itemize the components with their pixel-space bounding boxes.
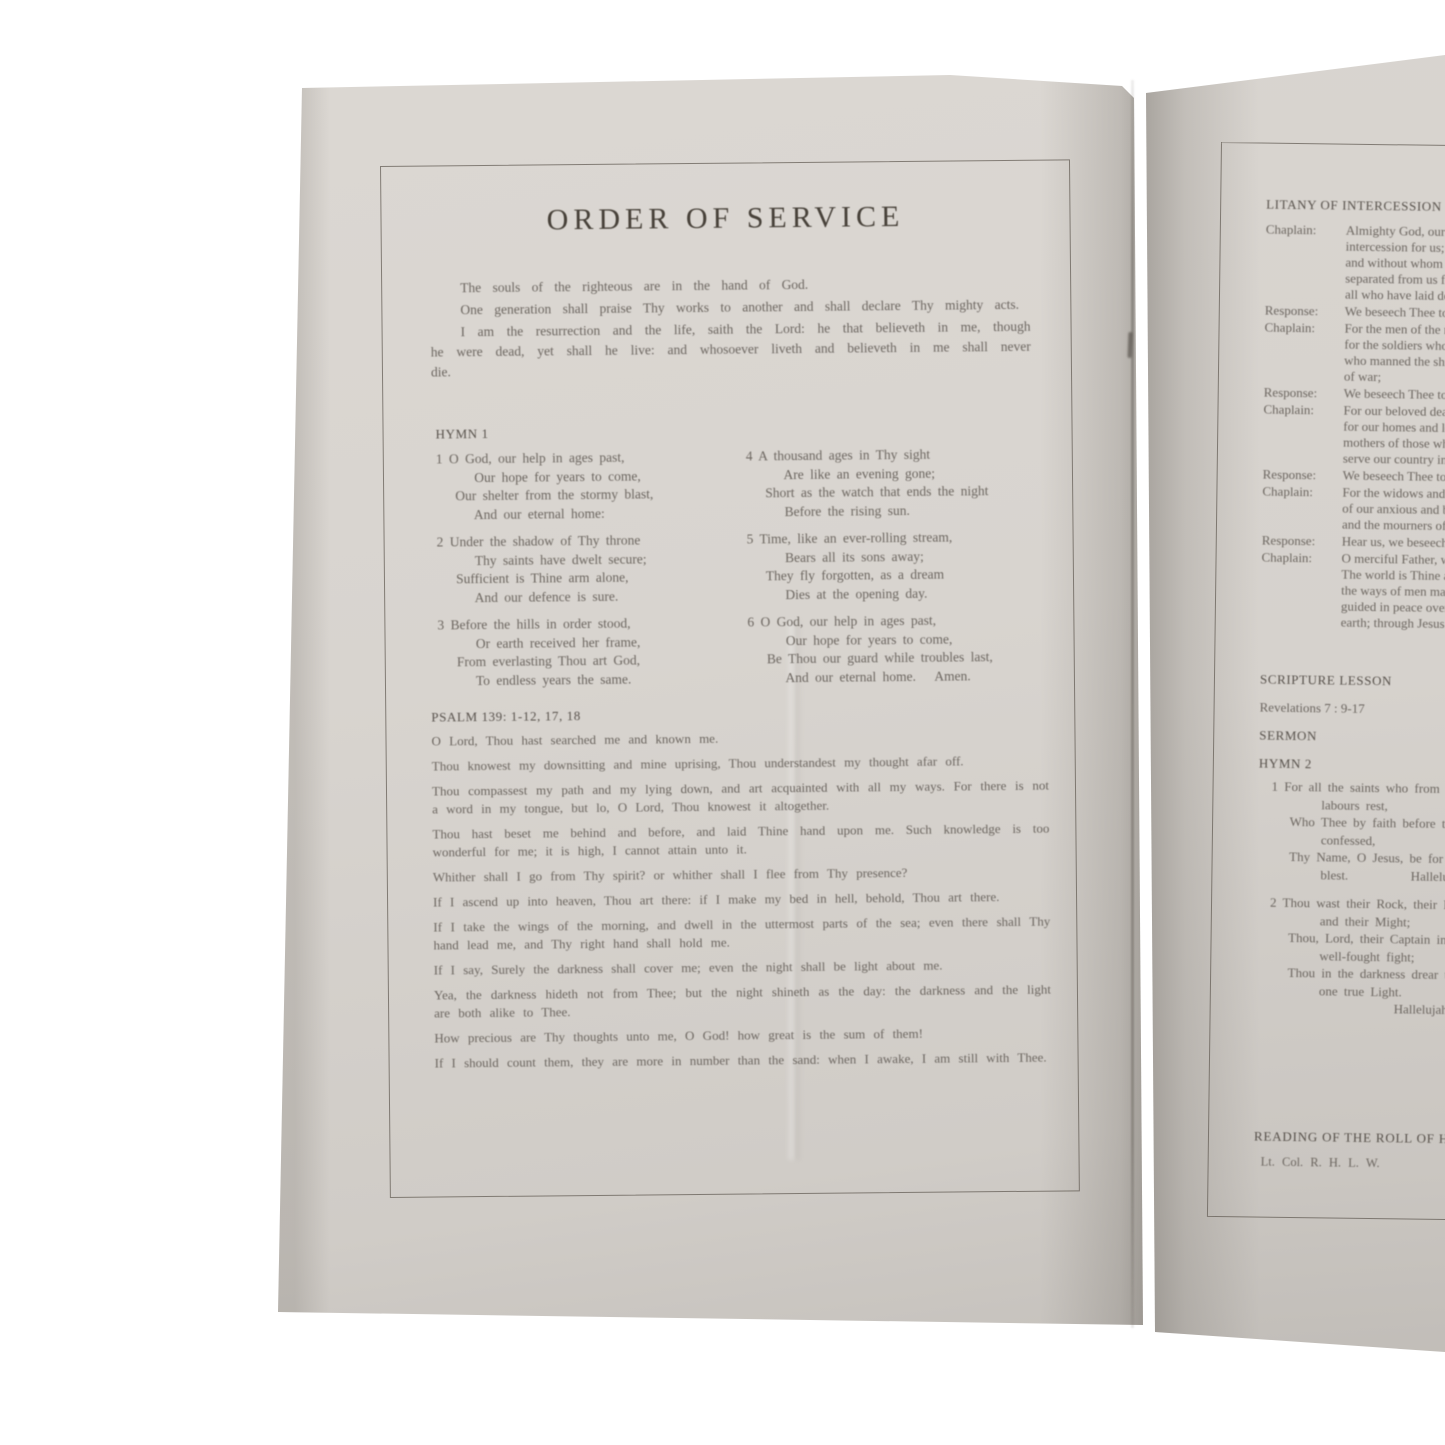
hymn-verse: 6 O God, our help in ages past, Our hope… [747, 611, 1044, 688]
sermon-heading: SERMON [1259, 728, 1317, 745]
booklet-photo: ORDER OF SERVICE The souls of the righte… [0, 0, 1445, 1445]
left-page-frame: ORDER OF SERVICE The souls of the righte… [380, 159, 1080, 1198]
reading-byline: Lt. Col. R. H. L. W. [1261, 1155, 1380, 1172]
right-page-frame: LITANY OF INTERCESSION Chaplain: Almight… [1207, 142, 1445, 1223]
litany-rows: Chaplain: Almighty God, our Heavenly Fat… [1261, 222, 1445, 639]
hymn-verse: 5 Time, like an ever-rolling stream, Bea… [747, 528, 1044, 605]
litany-role-label: Response: [1262, 533, 1342, 550]
psalm-paragraph: If I take the wings of the morning, and … [433, 913, 1050, 955]
hymn-verse: 1 O God, our help in ages past, Our hope… [436, 448, 747, 525]
litany-text: Hear us, we beseech Thee, good Lord. [1342, 534, 1445, 553]
litany-row: Chaplain: For our beloved dead, and for … [1263, 402, 1445, 474]
litany-row: Chaplain: Almighty God, our Heavenly Fat… [1265, 222, 1445, 310]
litany-role-label: Response: [1263, 467, 1343, 484]
psalm-paragraph: O Lord, Thou hast searched me and known … [431, 727, 1048, 751]
hymn-verse: 2 Under the shadow of Thy throne Thy sai… [437, 530, 748, 607]
litany-row: Chaplain: O merciful Father, who hast ma… [1261, 550, 1445, 638]
litany-row: Chaplain: For the men of the naval, mili… [1264, 320, 1445, 392]
psalm-paragraph: Thou compassest my path and my lying dow… [432, 777, 1049, 819]
psalm-paragraph: Whither shall I go from Thy spirit? or w… [433, 863, 1050, 887]
psalm-paragraph: Yea, the darkness hideth not from Thee; … [434, 981, 1051, 1023]
litany-text: For the widows and the fatherless, of ou… [1342, 485, 1445, 536]
scripture-lesson-heading: SCRIPTURE LESSON [1260, 672, 1392, 690]
litany-role-label: Chaplain: [1264, 320, 1345, 385]
psalm-paragraph: If I ascend up into heaven, Thou art the… [433, 888, 1050, 912]
hymn1-heading: HYMN 1 [436, 426, 489, 443]
litany-heading: LITANY OF INTERCESSION [1266, 197, 1442, 215]
intro-paragraphs: The souls of the righteous are in the ha… [430, 273, 1031, 385]
hymn1-column-left: 1 O God, our help in ages past, Our hope… [436, 448, 748, 700]
litany-role-label: Response: [1265, 303, 1345, 320]
page-title: ORDER OF SERVICE [381, 198, 1069, 239]
psalm-heading: PSALM 139: 1-12, 17, 18 [431, 708, 581, 725]
psalm-paragraphs: O Lord, Thou hast searched me and known … [431, 727, 1051, 1080]
intro-paragraph: I am the resurrection and the life, sait… [431, 317, 1032, 383]
hymn1-column-right: 4 A thousand ages in Thy sight Are like … [746, 445, 1044, 697]
litany-text: For our beloved dead, and for the for ou… [1343, 403, 1445, 470]
psalm-paragraph: Thou hast beset me behind and before, an… [432, 820, 1049, 862]
hymn-verse: 1 For all the saints who from their labo… [1270, 778, 1445, 886]
psalm-paragraph: Thou knowest my downsitting and mine upr… [432, 752, 1049, 776]
litany-role-label: Chaplain: [1263, 402, 1344, 467]
litany-text: For the men of the naval, military and a… [1344, 321, 1445, 388]
psalm-paragraph: How precious are Thy thoughts unto me, O… [434, 1024, 1051, 1048]
hymn1-verses: 1 O God, our help in ages past, Our hope… [436, 445, 1044, 700]
litany-text: We beseech Thee to hear us, good Lord. [1344, 386, 1445, 405]
litany-text: We beseech Thee to hear us, good Lord. [1343, 468, 1445, 487]
psalm-paragraph: If I say, Surely the darkness shall cove… [434, 956, 1051, 980]
page-fold-crease [1131, 80, 1134, 1328]
litany-role-label: Chaplain: [1265, 222, 1346, 303]
hymn2-heading: HYMN 2 [1259, 756, 1312, 773]
hymn-verse: 2 Thou wast their Rock, their Fortress, … [1269, 894, 1445, 1019]
psalm-paragraph: If I should count them, they are more in… [435, 1049, 1052, 1073]
litany-role-label: Response: [1264, 385, 1344, 402]
litany-text: Almighty God, our Heavenly Father, who d… [1345, 223, 1445, 306]
litany-text: O merciful Father, who hast made The wor… [1341, 551, 1445, 634]
reading-heading: READING OF THE ROLL OF HONOUR [1254, 1129, 1445, 1148]
hymn-verse: 3 Before the hills in order stood, Or ea… [437, 613, 748, 690]
litany-row: Chaplain: For the widows and the fatherl… [1262, 484, 1445, 540]
litany-role-label: Chaplain: [1261, 550, 1342, 631]
litany-text: We beseech Thee to hear us, good Lord. [1345, 304, 1445, 323]
hymn-verse: 4 A thousand ages in Thy sight Are like … [746, 445, 1043, 522]
scripture-reference: Revelations 7 : 9-17 [1259, 700, 1364, 717]
hymn2-verses: 1 For all the saints who from their labo… [1268, 778, 1445, 1030]
litany-role-label: Chaplain: [1262, 484, 1343, 533]
